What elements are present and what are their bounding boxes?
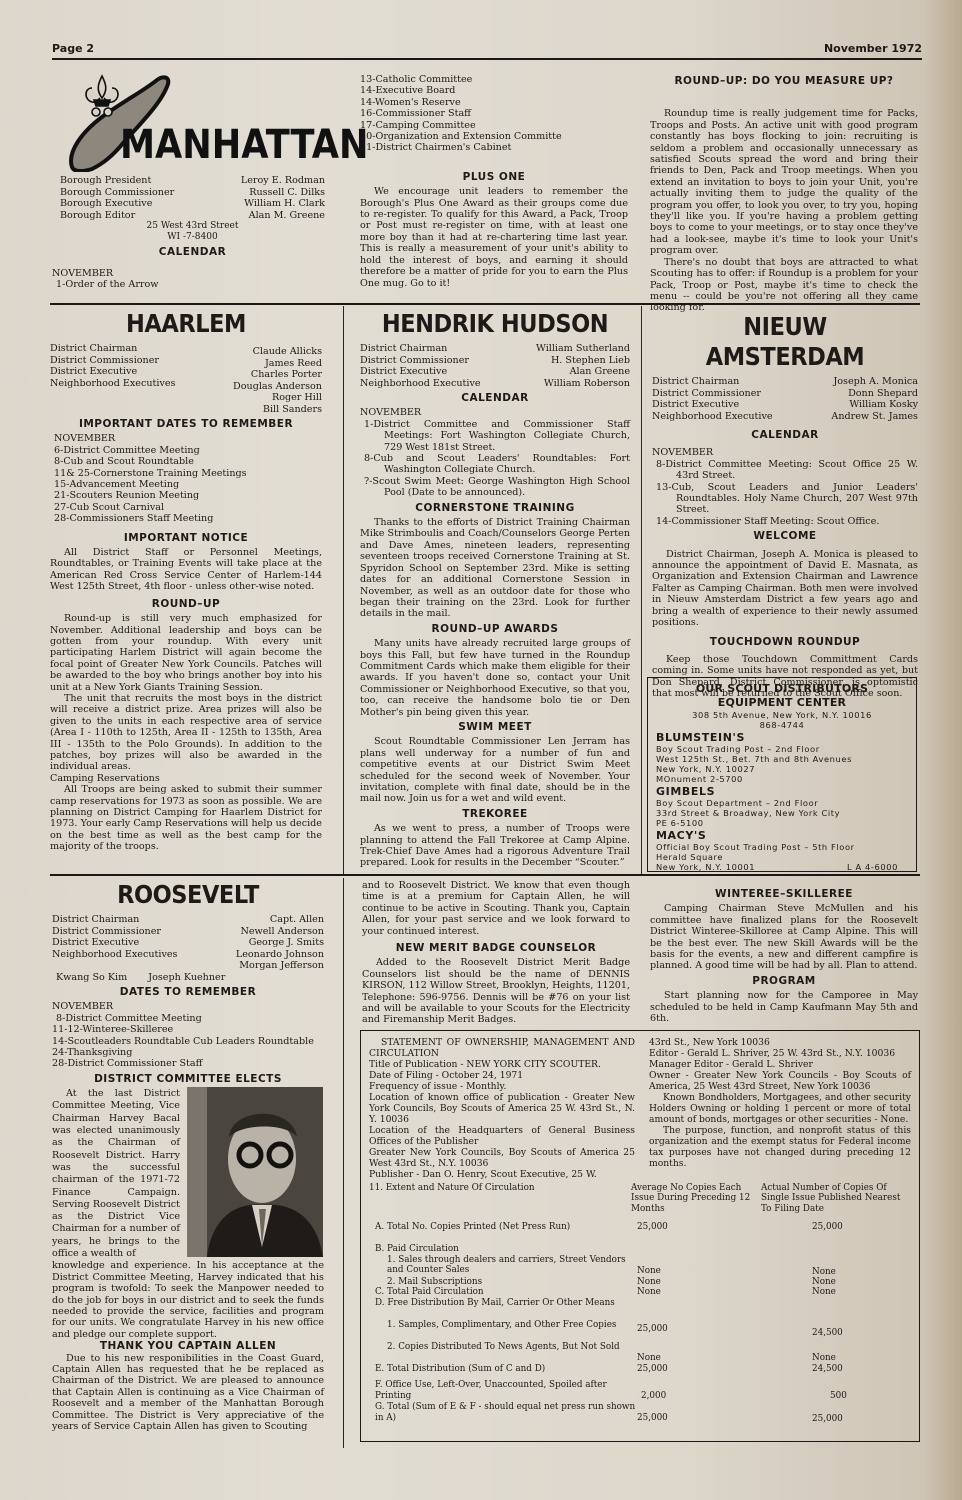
calendar-item: 20-Organization and Extension Committe — [360, 131, 628, 142]
column-rule — [343, 878, 344, 1448]
section-divider — [50, 874, 920, 876]
calendar-month: NOVEMBER — [52, 1001, 324, 1012]
calendar-item: 28-Commissioners Staff Meeting — [50, 513, 322, 524]
officer-name: H. Stephen Lieb — [536, 355, 630, 367]
store-line: PE 6-5100 — [656, 818, 908, 828]
article-body: knowledge and experience. In his accepta… — [52, 1260, 324, 1340]
officer-name: Alan M. Greene — [241, 210, 325, 222]
statement-line: 43rd St., New York 10036 — [649, 1037, 911, 1048]
statement-line: Manager Editor - Gerald L. Shriver — [649, 1059, 911, 1070]
calendar-item: 1-Order of the Arrow — [52, 279, 332, 290]
table-row: 1. Samples, Complimentary, and Other Fre… — [369, 1320, 911, 1342]
ad-subtitle: EQUIPMENT CENTER — [656, 696, 908, 710]
section-heading: THANK YOU CAPTAIN ALLEN — [52, 1341, 324, 1352]
calendar-item: 8-District Committee Meeting — [52, 1013, 324, 1024]
statement-line: Publisher - Dan O. Henry, Scout Executiv… — [369, 1169, 635, 1180]
officer-name: Andrew St. James — [831, 411, 918, 423]
officer-role: Neighborhood Executive — [652, 411, 773, 423]
section-heading: DISTRICT COMMITTEE ELECTS — [52, 1074, 324, 1085]
manhattan-calendar-continued: 13-Catholic Committee 14-Executive Board… — [360, 74, 628, 289]
officer-name: Leroy E. Rodman — [241, 175, 325, 187]
portrait-photo-icon — [187, 1087, 323, 1257]
officer-name: Russell C. Dilks — [241, 187, 325, 199]
roundup-paragraph: There's no doubt that boys are attracted… — [650, 257, 918, 314]
officer-role: Neighborhood Executives — [50, 378, 175, 390]
table-row: F. Office Use, Left-Over, Unaccounted, S… — [369, 1380, 911, 1402]
section-heading: WINTEREE–SKILLEREE — [650, 889, 918, 900]
officer-role: District Commissioner — [52, 926, 177, 938]
haarlem-section: HAARLEM District Chairman District Commi… — [50, 309, 322, 853]
section-heading: CORNERSTONE TRAINING — [360, 503, 630, 514]
table-row: D. Free Distribution By Mail, Carrier Or… — [369, 1298, 911, 1320]
calendar-item: 21-Scouters Reunion Meeting — [50, 490, 322, 501]
section-heading: SWIM MEET — [360, 722, 630, 733]
officer-role: Borough Executive — [60, 198, 174, 210]
store-name: GIMBELS — [656, 785, 908, 798]
officer-name: Joseph A. Monica — [831, 376, 918, 388]
officer-name: William H. Clark — [241, 198, 325, 210]
calendar-item: 14-Scoutleaders Roundtable Cub Leaders R… — [52, 1036, 324, 1047]
statement-line: The purpose, function, and nonprofit sta… — [649, 1125, 911, 1169]
section-heading: IMPORTANT NOTICE — [50, 533, 322, 544]
calendar-month: NOVEMBER — [360, 407, 630, 418]
officer-name: Charles Porter — [233, 369, 322, 381]
section-heading: PROGRAM — [650, 976, 918, 987]
officer-role: Borough Commissioner — [60, 187, 174, 199]
page-number: Page 2 — [52, 42, 94, 55]
roundup-paragraph: Roundup time is really judgement time fo… — [650, 108, 918, 256]
store-line: Official Boy Scout Trading Post – 5th Fl… — [656, 842, 908, 852]
article-body: and to Roosevelt District. We know that … — [362, 880, 630, 937]
officer-role: Neighborhood Executives — [52, 949, 177, 961]
statement-line: Date of Filing - October 24, 1971 — [369, 1070, 635, 1081]
officer-name: James Reed — [233, 358, 322, 370]
calendar-month: NOVEMBER — [50, 433, 322, 444]
officer-name: Bill Sanders — [233, 404, 322, 416]
officer-role: District Chairman — [652, 376, 773, 388]
circulation-table-header: 11. Extent and Nature Of Circulation Ave… — [369, 1183, 911, 1214]
section-heading: NEW MERIT BADGE COUNSELOR — [362, 943, 630, 954]
calendar-item: ?-Scout Swim Meet: George Washington Hig… — [360, 476, 630, 499]
officer-role: District Commissioner — [652, 388, 773, 400]
officer-name: Alan Greene — [536, 366, 630, 378]
section-heading: PLUS ONE — [360, 172, 628, 183]
section-heading: IMPORTANT DATES TO REMEMBER — [50, 419, 322, 430]
officer-role: District Commissioner — [50, 355, 175, 367]
table-row: 1. Sales through dealers and carriers, S… — [369, 1255, 911, 1277]
store-name: BLUMSTEIN'S — [656, 731, 908, 744]
officer-role: District Executive — [360, 366, 481, 378]
section-heading: DATES TO REMEMBER — [52, 987, 324, 998]
page-header: Page 2 November 1972 — [52, 42, 922, 60]
officer-role: District Chairman — [50, 343, 175, 355]
section-heading: ROUND–UP AWARDS — [360, 624, 630, 635]
officer-name: Douglas Anderson — [233, 381, 322, 393]
ad-title: OUR SCOUT DISTRIBUTORS — [656, 682, 908, 696]
officer-name: Leonardo Johnson — [236, 949, 324, 961]
column-header: Average No Copies Each Issue During Prec… — [631, 1183, 761, 1214]
officer-role: District Executive — [50, 366, 175, 378]
section-divider — [50, 303, 920, 305]
officer-role: Borough President — [60, 175, 174, 187]
statement-line: Owner - Greater New York Councils - Boy … — [649, 1070, 911, 1092]
column-rule — [641, 306, 642, 874]
statement-line: Title of Publication - NEW YORK CITY SCO… — [369, 1059, 635, 1070]
officer-role: District Executive — [52, 937, 177, 949]
calendar-item: 27-Cub Scout Carnival — [50, 502, 322, 513]
article-body: Start planning now for the Camporee in M… — [650, 990, 918, 1024]
calendar-item: 6-District Committee Meeting — [50, 445, 322, 456]
officer-name: Newell Anderson — [236, 926, 324, 938]
store-phone: L A 4-6000 — [847, 862, 908, 872]
calendar-item: 14-Executive Board — [360, 85, 628, 96]
section-heading: CALENDAR — [360, 393, 630, 404]
store-line: 33rd Street & Broadway, New York City — [656, 808, 908, 818]
calendar-item: 14-Women's Reserve — [360, 97, 628, 108]
store-line: Boy Scout Trading Post – 2nd Floor — [656, 744, 908, 754]
table-row: 2. Mail SubscriptionsNoneNone — [369, 1277, 911, 1288]
table-row: G. Total (Sum of E & F - should equal ne… — [369, 1402, 911, 1424]
article-body: At the last District Committee Meeting, … — [52, 1088, 180, 1260]
calendar-item: 13-Catholic Committee — [360, 74, 628, 85]
statement-heading: STATEMENT OF OWNERSHIP, MANAGEMENT AND C… — [369, 1037, 635, 1059]
borough-address: 25 West 43rd Street — [60, 221, 325, 232]
article-body: Added to the Roosevelt District Merit Ba… — [362, 957, 630, 1025]
table-title: 11. Extent and Nature Of Circulation — [369, 1183, 631, 1214]
manhattan-officers: Borough President Borough Commissioner B… — [60, 175, 325, 261]
section-heading: ROUND–UP: DO YOU MEASURE UP? — [650, 76, 918, 87]
article-body: Scout Roundtable Commissioner Len Jerram… — [360, 736, 630, 804]
store-line: Herald Square — [656, 852, 908, 862]
calendar-item: 16-Commissioner Staff — [360, 108, 628, 119]
calendar-item: 14-Commissioner Staff Meeting: Scout Off… — [652, 516, 918, 527]
officer-name: William Kosky — [831, 399, 918, 411]
circulation-table: A. Total No. Copies Printed (Net Press R… — [369, 1222, 911, 1424]
statement-line: Location of the Headquarters of General … — [369, 1125, 635, 1147]
ad-address: 308 5th Avenue, New York, N.Y. 10016 — [656, 710, 908, 720]
calendar-item: 15-Advancement Meeting — [50, 479, 322, 490]
roundup-article: ROUND–UP: DO YOU MEASURE UP? Roundup tim… — [650, 72, 918, 314]
table-row: 2. Copies Distributed To News Agents, Bu… — [369, 1342, 911, 1364]
officer-name: Claude Allicks — [233, 346, 322, 358]
calendar-item: 21-District Chairmen's Cabinet — [360, 142, 628, 153]
article-body: Due to his new responibilities in the Co… — [52, 1353, 324, 1433]
statement-line: Editor - Gerald L. Shriver, 25 W. 43rd S… — [649, 1048, 911, 1059]
statement-of-ownership: STATEMENT OF OWNERSHIP, MANAGEMENT AND C… — [360, 1030, 920, 1442]
officer-name: Roger Hill — [233, 392, 322, 404]
officer-name: George J. Smits — [236, 937, 324, 949]
store-line: New York, N.Y. 10001 — [656, 862, 755, 872]
statement-line: Location of known office of publication … — [369, 1092, 635, 1125]
winteree-article: WINTEREE–SKILLEREE Camping Chairman Stev… — [650, 885, 918, 1024]
column-header: Actual Number of Copies Of Single Issue … — [761, 1183, 911, 1214]
calendar-item: 1-District Committee and Commissioner St… — [360, 419, 630, 453]
officer-role: Borough Editor — [60, 210, 174, 222]
district-title: HAARLEM — [64, 309, 309, 339]
calendar-item: 13-Cub, Scout Leaders and Junior Leaders… — [652, 482, 918, 516]
harvey-bacal-portrait — [187, 1087, 323, 1257]
issue-date: November 1972 — [824, 42, 922, 55]
district-title: NIEUW AMSTERDAM — [665, 312, 904, 372]
calendar-item: 11-12-Winteree-Skilleree — [52, 1024, 324, 1035]
officer-role: Neighborhood Executive — [360, 378, 481, 390]
table-row: A. Total No. Copies Printed (Net Press R… — [369, 1222, 911, 1244]
section-heading: CALENDAR — [60, 247, 325, 258]
article-body: As we went to press, a number of Troops … — [360, 823, 630, 869]
officer-name: Joseph Kuehner — [148, 972, 225, 983]
section-heading: ROUND–UP — [50, 599, 322, 610]
article-body: District Chairman, Joseph A. Monica is p… — [652, 549, 918, 629]
officer-name: William Sutherland — [536, 343, 630, 355]
section-heading: TOUCHDOWN ROUNDUP — [652, 637, 918, 648]
manhattan-masthead: MANHATTAN — [120, 122, 369, 168]
district-title: ROOSEVELT — [66, 880, 311, 910]
officer-role: District Commissioner — [360, 355, 481, 367]
officer-name: William Roberson — [536, 378, 630, 390]
camping-body: All Troops are being asked to submit the… — [50, 784, 322, 852]
officer-name: Donn Shepard — [831, 388, 918, 400]
borough-phone: WI -7-8400 — [60, 232, 325, 243]
store-name: MACY'S — [656, 829, 908, 842]
statement-line: Frequency of issue - Monthly. — [369, 1081, 635, 1092]
hendrik-hudson-section: HENDRIK HUDSON District Chairman Distric… — [360, 309, 630, 869]
district-title: HENDRIK HUDSON — [374, 309, 617, 339]
newspaper-page: Page 2 November 1972 MANHATTAN Borough P… — [0, 0, 962, 1500]
officer-role: District Executive — [652, 399, 773, 411]
article-body: Many units have already recruited large … — [360, 638, 630, 718]
table-row: B. Paid Circulation — [369, 1244, 911, 1255]
store-line: West 125th St., Bet. 7th and 8th Avenues — [656, 754, 908, 764]
officer-name: Morgan Jefferson — [236, 960, 324, 972]
section-heading: TREKOREE — [360, 809, 630, 820]
roundup-paragraph: Round-up is still very much emphasized f… — [50, 613, 322, 693]
ad-phone: 868-4744 — [656, 720, 908, 730]
column-rule — [343, 306, 344, 874]
store-line: MOnument 2-5700 — [656, 774, 908, 784]
statement-line: Greater New York Councils, Boy Scouts of… — [369, 1147, 635, 1169]
calendar-item: 8-Cub and Scout Leaders' Roundtables: Fo… — [360, 453, 630, 476]
calendar-item: 11& 25-Cornerstone Training Meetings — [50, 468, 322, 479]
article-body: Camping Chairman Steve McMullen and his … — [650, 903, 918, 971]
table-row: C. Total Paid CirculationNoneNone — [369, 1287, 911, 1298]
calendar-item: 28-District Commissioner Staff — [52, 1058, 324, 1069]
article-body: Thanks to the efforts of District Traini… — [360, 517, 630, 620]
plus-one-body: We encourage unit leaders to remember th… — [360, 186, 628, 289]
section-heading: WELCOME — [652, 531, 918, 542]
section-heading: CALENDAR — [652, 430, 918, 441]
officer-role: District Chairman — [360, 343, 481, 355]
calendar-item: 8-District Committee Meeting: Scout Offi… — [652, 459, 918, 482]
scout-distributors-ad: OUR SCOUT DISTRIBUTORS EQUIPMENT CENTER … — [647, 677, 917, 872]
officer-name: Kwang So Kim — [56, 972, 127, 983]
store-line: New York, N.Y. 10027 — [656, 764, 908, 774]
calendar-month: NOVEMBER — [52, 268, 332, 279]
officer-role: District Chairman — [52, 914, 177, 926]
roosevelt-continued: and to Roosevelt District. We know that … — [362, 880, 630, 1026]
calendar-item: 8-Cub and Scout Roundtable — [50, 456, 322, 467]
table-row: E. Total Distribution (Sum of C and D)25… — [369, 1364, 911, 1380]
notice-body: All District Staff or Personnel Meetings… — [50, 547, 322, 593]
statement-line: Known Bondholders, Mortgagees, and other… — [649, 1092, 911, 1125]
calendar-month: NOVEMBER — [652, 447, 918, 458]
officer-name: Capt. Allen — [236, 914, 324, 926]
calendar-item: 24-Thanksgiving — [52, 1047, 324, 1058]
manhattan-calendar: NOVEMBER 1-Order of the Arrow — [52, 268, 332, 291]
calendar-item: 17-Camping Committee — [360, 120, 628, 131]
store-line: Boy Scout Department – 2nd Floor — [656, 798, 908, 808]
roundup-paragraph: The unit that recruits the most boys in … — [50, 693, 322, 773]
nieuw-amsterdam-section: NIEUW AMSTERDAM District Chairman Distri… — [652, 312, 918, 700]
camping-subhead: Camping Reservations — [50, 773, 322, 784]
